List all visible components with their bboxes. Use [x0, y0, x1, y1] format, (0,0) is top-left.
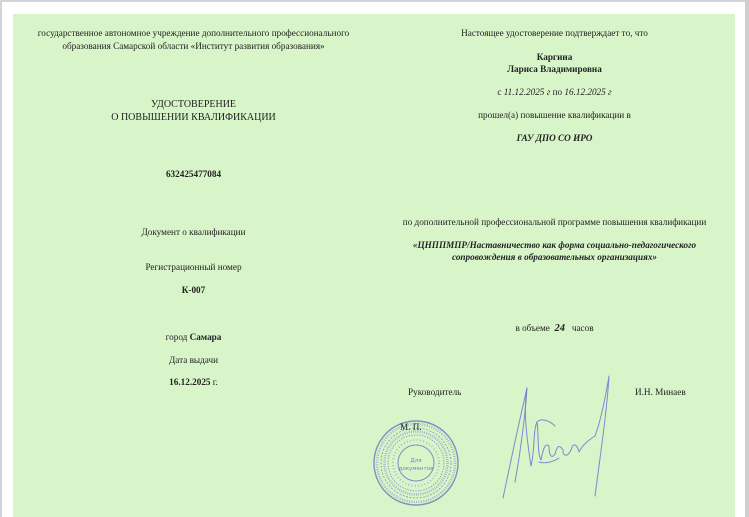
frame-top-border [0, 0, 749, 2]
signature [497, 370, 617, 500]
issue-date-value: 16.12.2025 [169, 377, 210, 387]
registration-number: К-007 [13, 284, 374, 297]
period-from-prefix: с [497, 87, 501, 97]
intro-text: Настоящее удостоверение подтверждает то,… [374, 27, 735, 40]
period-to: 16.12.2025 г [564, 87, 611, 97]
frame-left-border [0, 0, 2, 517]
program-label: по дополнительной профессиональной прогр… [374, 216, 735, 229]
head-label: Руководитель [408, 386, 461, 399]
certificate-title-line-2: О ПОВЫШЕНИИ КВАЛИФИКАЦИИ [13, 111, 374, 124]
city-line: город Самара [13, 331, 374, 344]
certificate-title-line-1: УДОСТОВЕРЕНИЕ [13, 98, 374, 111]
issue-date-line: 16.12.2025 г. [13, 376, 374, 389]
certificate-panel: государственное автономное учреждение до… [13, 14, 735, 517]
issue-date-suffix: г. [213, 377, 218, 387]
volume-line: в объеме 24 часов [374, 322, 735, 335]
stamp-center-line-1: Для [410, 458, 421, 464]
head-name: И.Н. Минаев [635, 386, 686, 399]
registration-label: Регистрационный номер [13, 261, 374, 274]
stamp-center-line-2: документов [399, 466, 434, 472]
recipient-name: Лариса Владимировна [374, 63, 735, 76]
certificate-number: 632425477084 [13, 168, 374, 181]
training-period: с 11.12.2025 г по 16.12.2025 г [374, 86, 735, 99]
volume-suffix: часов [572, 323, 594, 333]
document-label: Документ о квалификации [13, 226, 374, 239]
seal-label: М. П. [400, 421, 422, 434]
city-label: город [166, 332, 188, 342]
frame-right-border [745, 0, 749, 517]
city-value: Самара [190, 332, 222, 342]
institution-line-1: государственное автономное учреждение до… [13, 27, 374, 40]
program-title-line-2: сопровождения в образовательных организа… [374, 251, 735, 264]
issue-date-label: Дата выдачи [13, 354, 374, 367]
period-to-prefix: по [553, 87, 563, 97]
completed-text: прошел(а) повышение квалификации в [374, 109, 735, 122]
period-from: 11.12.2025 г [504, 87, 551, 97]
volume-prefix: в объеме [515, 323, 549, 333]
organization-name: ГАУ ДПО СО ИРО [374, 132, 735, 145]
institution-line-2: образования Самарской области «Институт … [13, 40, 374, 53]
volume-hours: 24 [554, 323, 565, 334]
